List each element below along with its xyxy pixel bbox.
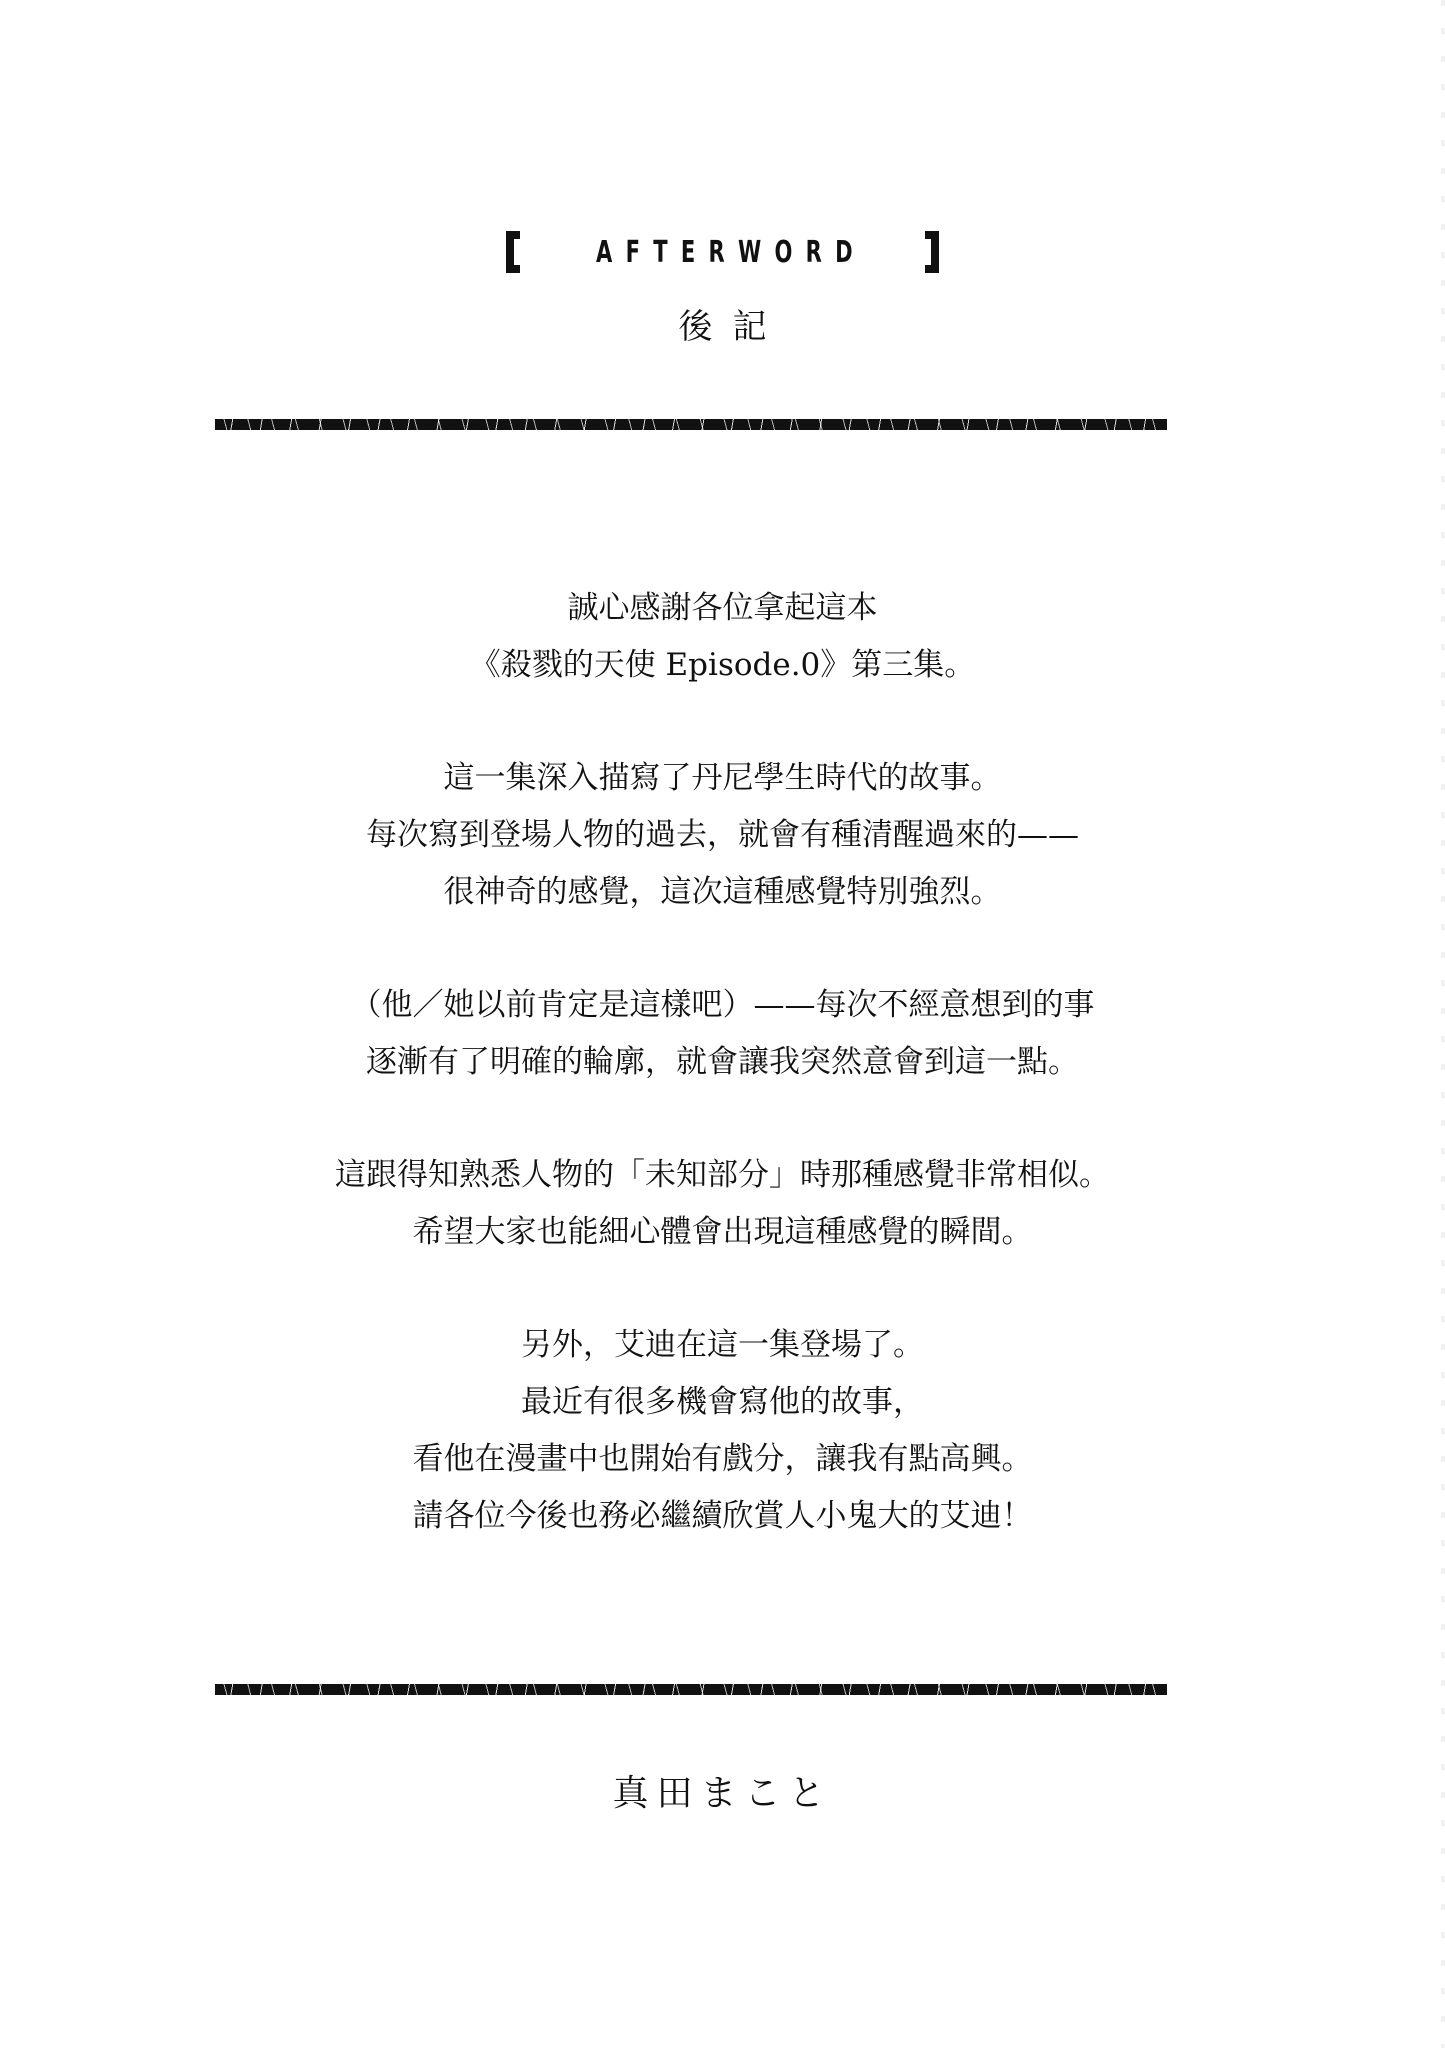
- page-title: AFTERWORD: [506, 228, 939, 276]
- text-line: 另外，艾迪在這一集登場了。: [0, 1317, 1445, 1374]
- text-line: 希望大家也能細心體會出現這種感覺的瞬間。: [0, 1204, 1445, 1261]
- paragraph-1: 誠心感謝各位拿起這本 《殺戮的天使 Episode.0》第三集。: [0, 580, 1445, 694]
- page-subtitle: 後記: [0, 299, 1445, 348]
- title-text: AFTERWORD: [596, 235, 866, 270]
- author-signature: 真田まこと: [0, 1765, 1445, 1816]
- paragraph-5: 另外，艾迪在這一集登場了。 最近有很多機會寫他的故事， 看他在漫畫中也開始有戲分…: [0, 1317, 1445, 1545]
- paragraph-4: 這跟得知熟悉人物的「未知部分」時那種感覺非常相似。 希望大家也能細心體會出現這種…: [0, 1147, 1445, 1261]
- right-bracket-icon: [925, 231, 939, 273]
- text-line: 最近有很多機會寫他的故事，: [0, 1374, 1445, 1431]
- left-bracket-icon: [506, 231, 520, 273]
- text-line: 這跟得知熟悉人物的「未知部分」時那種感覺非常相似。: [0, 1147, 1445, 1204]
- text-line: 每次寫到登場人物的過去，就會有種清醒過來的——: [0, 807, 1445, 864]
- paragraph-2: 這一集深入描寫了丹尼學生時代的故事。 每次寫到登場人物的過去，就會有種清醒過來的…: [0, 750, 1445, 921]
- text-line: 很神奇的感覺，這次這種感覺特別強烈。: [0, 864, 1445, 921]
- text-line: 看他在漫畫中也開始有戲分，讓我有點高興。: [0, 1431, 1445, 1488]
- text-line: （他／她以前肯定是這樣吧）——每次不經意想到的事: [0, 977, 1445, 1034]
- text-line: 這一集深入描寫了丹尼學生時代的故事。: [0, 750, 1445, 807]
- paragraph-3: （他／她以前肯定是這樣吧）——每次不經意想到的事 逐漸有了明確的輪廓，就會讓我突…: [0, 977, 1445, 1091]
- afterword-body: 誠心感謝各位拿起這本 《殺戮的天使 Episode.0》第三集。 這一集深入描寫…: [0, 580, 1445, 1601]
- text-line: 請各位今後也務必繼續欣賞人小鬼大的艾迪！: [0, 1488, 1445, 1545]
- bottom-divider: [215, 1684, 1167, 1695]
- text-line: 逐漸有了明確的輪廓，就會讓我突然意會到這一點。: [0, 1034, 1445, 1091]
- top-divider: [215, 419, 1167, 430]
- text-line: 誠心感謝各位拿起這本: [0, 580, 1445, 637]
- title-block: AFTERWORD 後記: [0, 228, 1445, 348]
- text-line: 《殺戮的天使 Episode.0》第三集。: [0, 637, 1445, 694]
